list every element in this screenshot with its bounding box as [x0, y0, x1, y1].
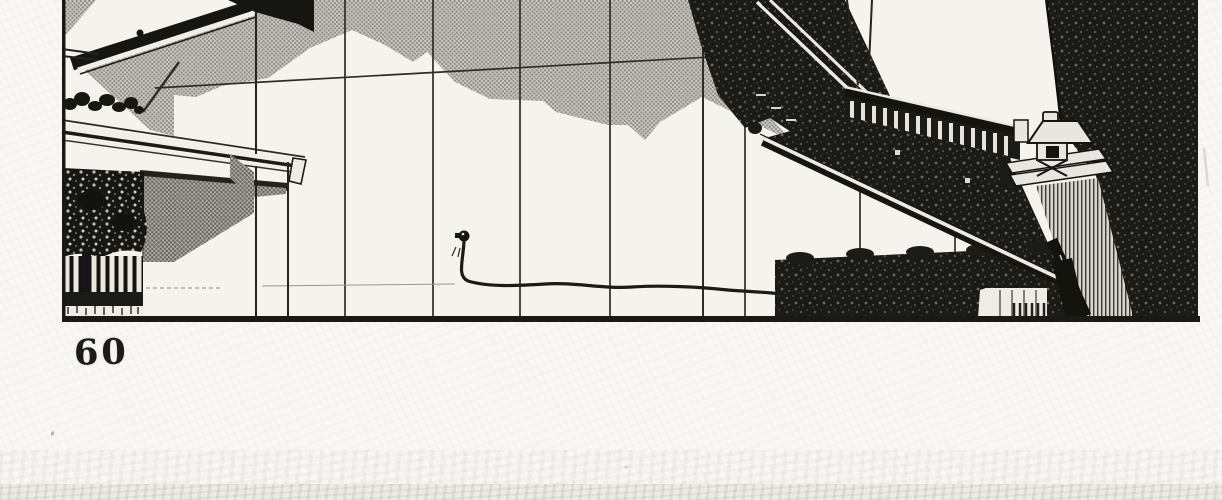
- lantern-window: [1046, 146, 1059, 158]
- tree-and-fence: [63, 168, 147, 317]
- page-number: 60: [74, 331, 130, 373]
- roof-bracket: [137, 30, 144, 37]
- scanned-manga-page: 60: [0, 0, 1222, 500]
- scan-speck: [50, 431, 55, 437]
- paper-mottle-zone: [0, 450, 1222, 484]
- scan-streak: [1204, 148, 1208, 186]
- scan-speck: [624, 466, 628, 468]
- rail-post: [1014, 120, 1028, 142]
- tree-foliage: [63, 168, 147, 258]
- panel-artwork: [0, 0, 1222, 340]
- doorway-opening: [978, 288, 1047, 318]
- bottom-scan-strip: [0, 484, 1222, 500]
- wooden-fence: [63, 256, 143, 292]
